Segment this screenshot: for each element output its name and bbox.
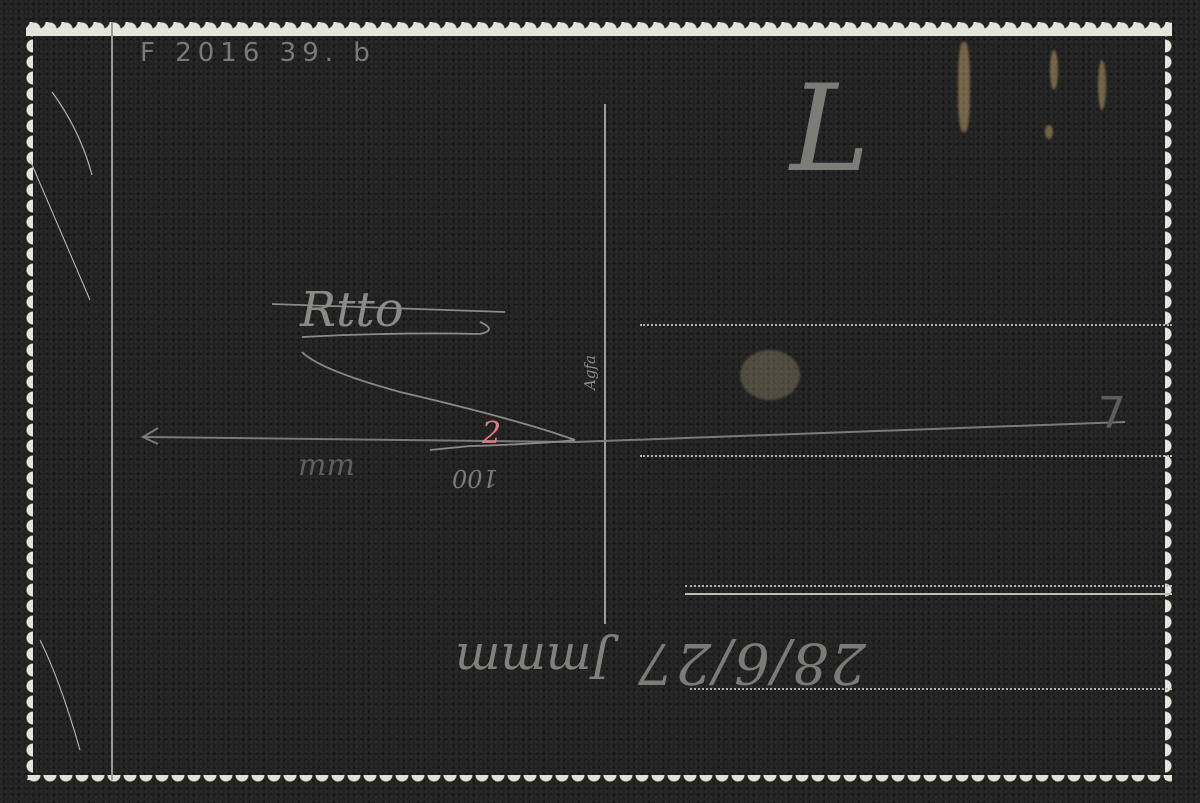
red-pencil-mark: 2 (482, 416, 501, 451)
vertical-note: Agfa (581, 355, 599, 390)
corner-letter: L (790, 60, 870, 199)
scale-value: 100 (452, 464, 498, 492)
arrow-end-mark: 7 (1098, 388, 1126, 439)
inverted-signature: Jmmm (455, 632, 611, 688)
inverted-date: 28/6/27 (636, 630, 866, 695)
accession-number: F 2016 39. b (140, 38, 376, 68)
scale-unit-label: mm (298, 448, 355, 483)
crossed-out-word: Rtto (300, 282, 404, 338)
